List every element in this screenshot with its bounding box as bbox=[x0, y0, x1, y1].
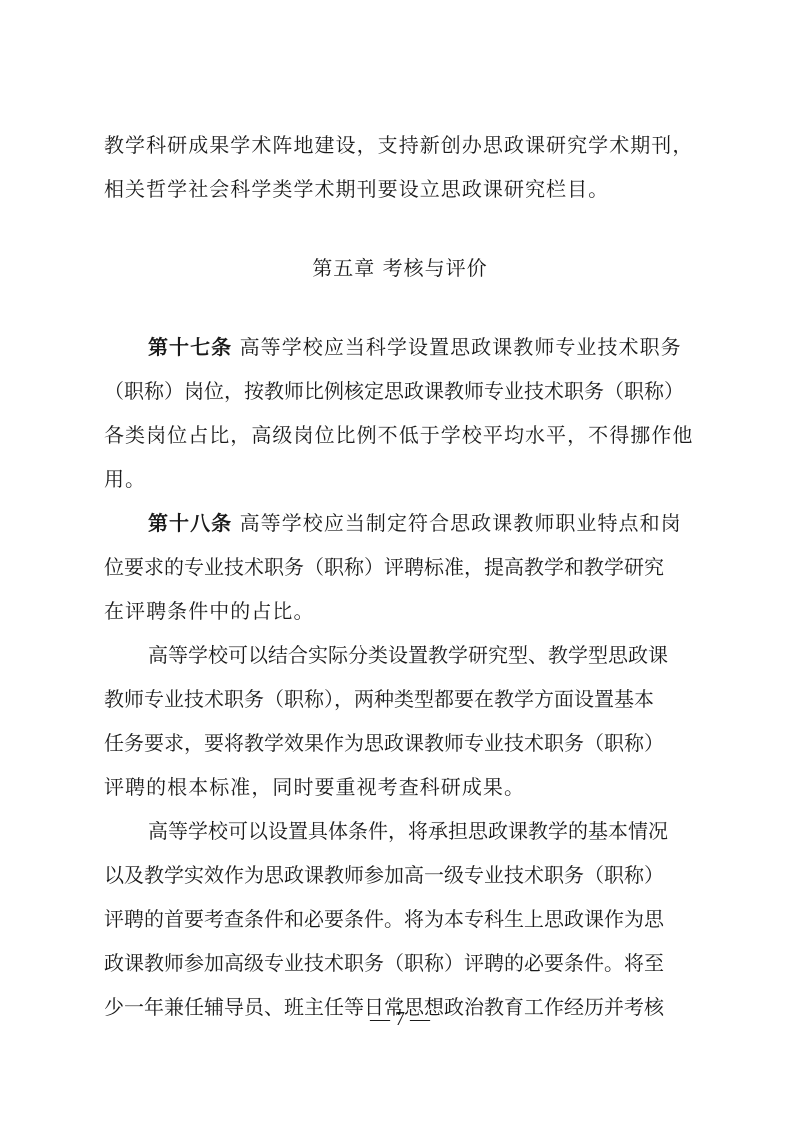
body-main: 第十七条 高等学校应当科学设置思政课教师专业技术职务 （职称）岗位，按教师比例核… bbox=[104, 330, 696, 1034]
text-line: 高等学校可以设置具体条件，将承担思政课教学的基本情况 bbox=[104, 814, 696, 858]
text-line: 用。 bbox=[104, 462, 696, 506]
article-17-label: 第十七条 bbox=[148, 335, 232, 359]
text-line: 教学科研成果学术阵地建设，支持新创办思政课研究学术期刊， bbox=[104, 128, 696, 172]
chapter-heading: 第五章 考核与评价 bbox=[0, 252, 800, 281]
article-18-first-line: 第十八条 高等学校应当制定符合思政课教师职业特点和岗 bbox=[104, 506, 696, 550]
text-line: 评聘的根本标准，同时要重视考查科研成果。 bbox=[104, 770, 696, 814]
text-line: 在评聘条件中的占比。 bbox=[104, 594, 696, 638]
text-line: （职称）岗位，按教师比例核定思政课教师专业技术职务（职称） bbox=[104, 374, 696, 418]
page-number: — 7 — bbox=[0, 1008, 800, 1031]
text-line: 评聘的首要考查条件和必要条件。将为本专科生上思政课作为思 bbox=[104, 902, 696, 946]
text-line: 高等学校可以结合实际分类设置教学研究型、教学型思政课 bbox=[104, 638, 696, 682]
article-18-text: 高等学校应当制定符合思政课教师职业特点和岗 bbox=[240, 511, 682, 535]
text-line: 各类岗位占比，高级岗位比例不低于学校平均水平，不得挪作他 bbox=[104, 418, 696, 462]
text-line: 位要求的专业技术职务（职称）评聘标准，提高教学和教学研究 bbox=[104, 550, 696, 594]
article-17-first-line: 第十七条 高等学校应当科学设置思政课教师专业技术职务 bbox=[104, 330, 696, 374]
body-top: 教学科研成果学术阵地建设，支持新创办思政课研究学术期刊， 相关哲学社会科学类学术… bbox=[104, 128, 696, 216]
text-line: 政课教师参加高级专业技术职务（职称）评聘的必要条件。将至 bbox=[104, 946, 696, 990]
text-line: 相关哲学社会科学类学术期刊要设立思政课研究栏目。 bbox=[104, 172, 696, 216]
article-17-text: 高等学校应当科学设置思政课教师专业技术职务 bbox=[240, 335, 682, 359]
text-line: 以及教学实效作为思政课教师参加高一级专业技术职务（职称） bbox=[104, 858, 696, 902]
article-18-label: 第十八条 bbox=[148, 511, 232, 535]
text-line: 教师专业技术职务（职称），两种类型都要在教学方面设置基本 bbox=[104, 682, 696, 726]
text-line: 任务要求，要将教学效果作为思政课教师专业技术职务（职称） bbox=[104, 726, 696, 770]
